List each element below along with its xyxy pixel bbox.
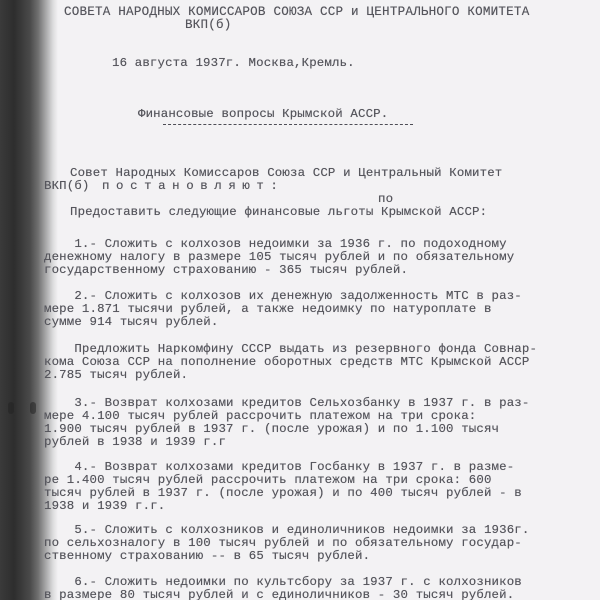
header-line-1: СОВЕТА НАРОДНЫХ КОМИССАРОВ СОЮЗА ССР и Ц… xyxy=(64,6,529,19)
preamble-prefix: ВКП(б) xyxy=(44,180,90,193)
date-place: 16 августа 1937г. Москва,Кремль. xyxy=(112,57,355,70)
paragraph-line: в размере 80 тысяч рублей и с единолични… xyxy=(44,589,514,600)
paragraph-line: 2.785 тысяч рублей. xyxy=(44,369,188,382)
binding-hole xyxy=(30,402,36,414)
paragraph-line: государственному страхованию - 365 тысяч… xyxy=(44,264,408,277)
paragraph-line: ственному страхованию -- в 65 тысяч рубл… xyxy=(44,550,370,563)
decree-word: постановляют: xyxy=(102,180,284,193)
paragraph-line: 1938 и 1939 г.г. xyxy=(44,500,165,513)
intro-line: Предоставить следующие финансовые льготы… xyxy=(70,206,487,219)
subject-underline xyxy=(163,124,413,125)
header-line-2: ВКП(б) xyxy=(185,19,232,32)
binding-hole xyxy=(8,402,14,414)
paragraph-line: рублей в 1938 и 1939 г.г xyxy=(44,436,226,449)
subject-title: Финансовые вопросы Крымской АССР. xyxy=(138,108,388,121)
paragraph-line: сумме 914 тысяч рублей. xyxy=(44,316,218,329)
document-page: СОВЕТА НАРОДНЫХ КОМИССАРОВ СОЮЗА ССР и Ц… xyxy=(0,0,600,600)
